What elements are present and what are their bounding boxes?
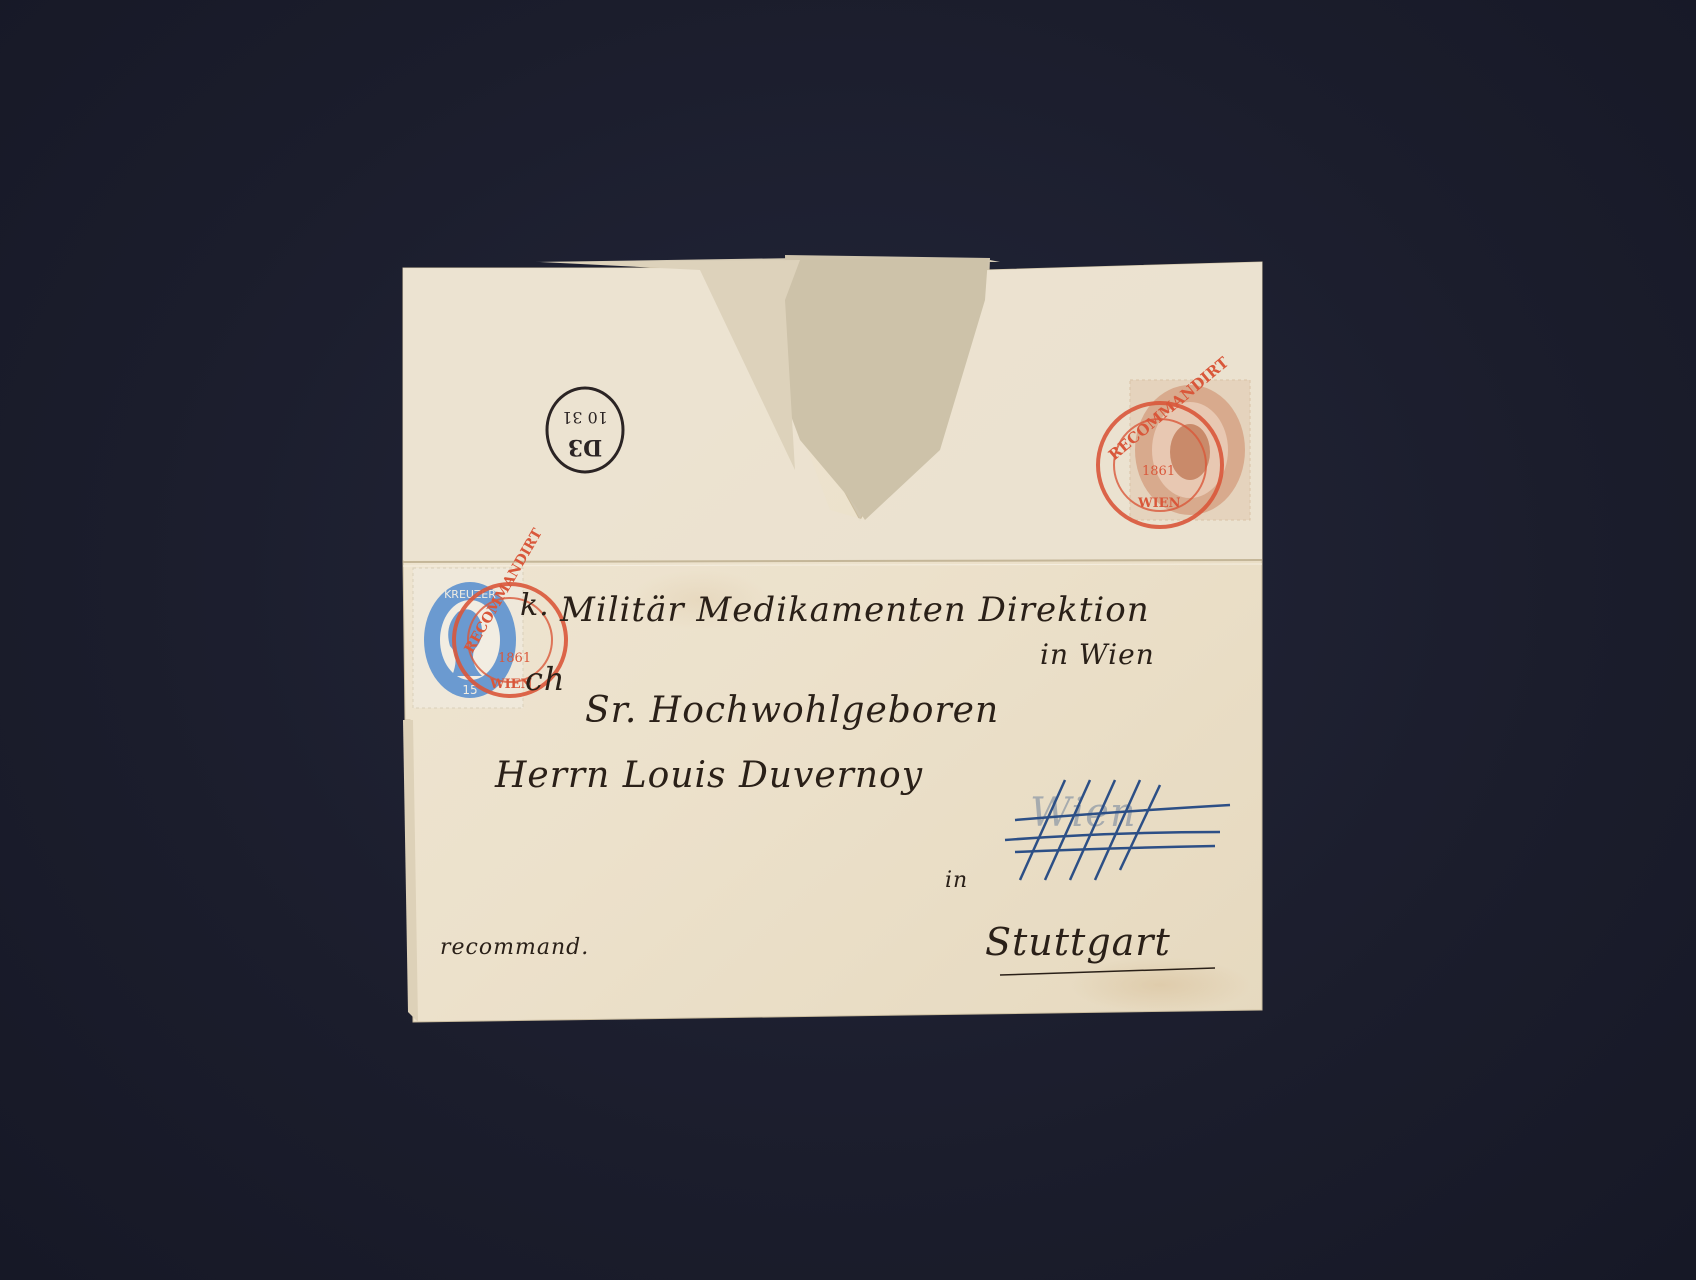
svg-text:10 31: 10 31 bbox=[562, 408, 608, 427]
address-line5: in bbox=[945, 868, 968, 893]
corner-note-recommand: recommand. bbox=[440, 935, 589, 960]
address-line3: Sr. Hochwohlgeboren bbox=[585, 690, 999, 731]
photo-scene: D3 10 31 RECOMMANDIRT 1861 WIEN KREUZER bbox=[0, 0, 1696, 1280]
address-prefix: k. bbox=[520, 588, 550, 623]
address-line4: Herrn Louis Duvernoy bbox=[495, 755, 923, 796]
cover-drawing: D3 10 31 RECOMMANDIRT 1861 WIEN KREUZER bbox=[0, 0, 1696, 1280]
svg-text:WIEN: WIEN bbox=[1137, 496, 1181, 511]
address-line2: in Wien bbox=[1040, 638, 1155, 671]
address-note-left: ch bbox=[525, 660, 566, 698]
address-line1: Militär Medikamenten Direktion bbox=[560, 590, 1150, 630]
address-line6: Stuttgart bbox=[985, 920, 1171, 964]
crossed-out-city: Wien bbox=[1030, 790, 1137, 836]
svg-text:D3: D3 bbox=[568, 434, 602, 460]
svg-text:1861: 1861 bbox=[1142, 464, 1175, 479]
